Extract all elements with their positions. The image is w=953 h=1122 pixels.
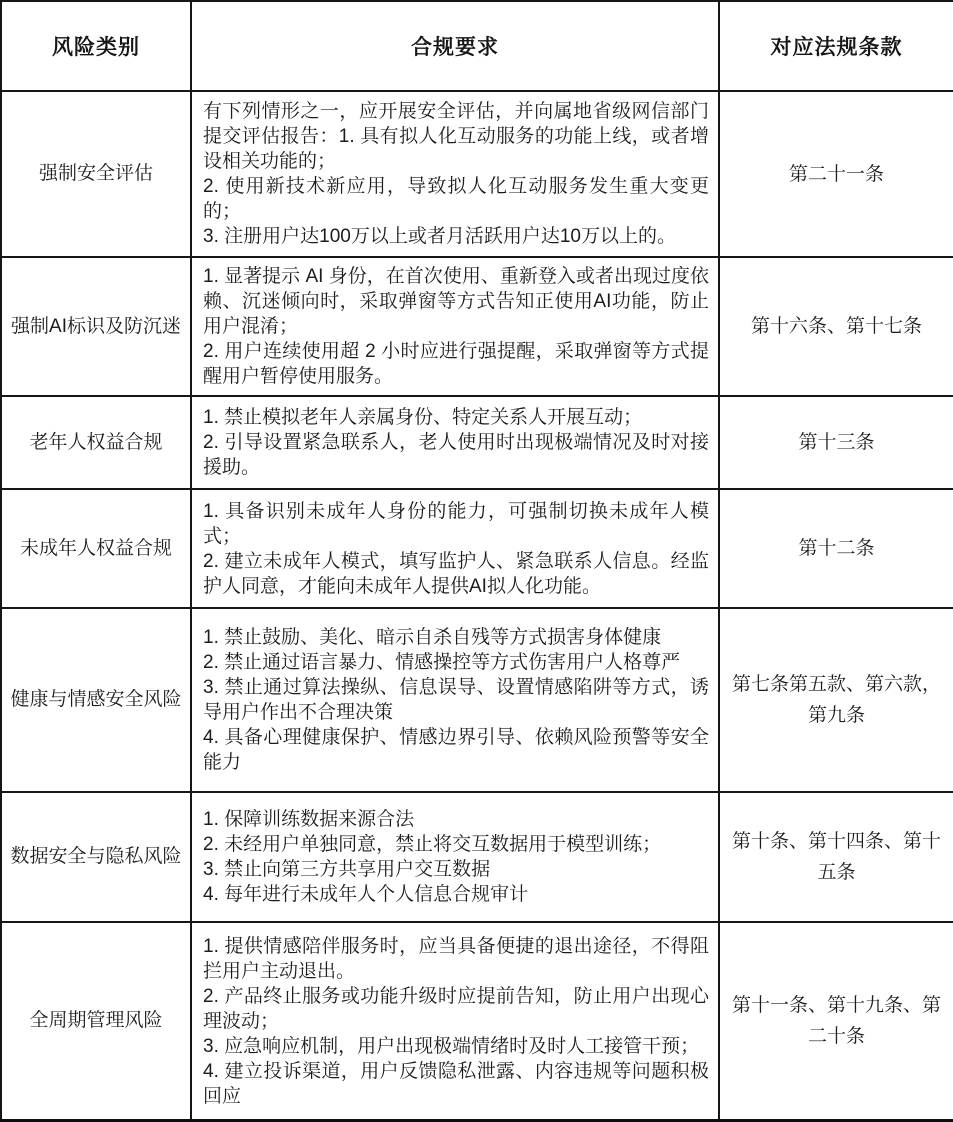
risk-category-cell: 老年人权益合规 [1, 396, 191, 489]
articles-cell: 第十三条 [719, 396, 953, 489]
risk-category-cell: 健康与情感安全风险 [1, 608, 191, 792]
risk-category-cell: 未成年人权益合规 [1, 489, 191, 608]
articles-cell: 第二十一条 [719, 91, 953, 257]
table-row: 全周期管理风险 1. 提供情感陪伴服务时，应当具备便捷的退出途径，不得阻拦用户主… [1, 922, 953, 1122]
requirement-cell: 1. 禁止模拟老年人亲属身份、特定关系人开展互动； 2. 引导设置紧急联系人，老… [191, 396, 719, 489]
header-compliance-requirement: 合规要求 [191, 1, 719, 91]
table-row: 未成年人权益合规 1. 具备识别未成年人身份的能力，可强制切换未成年人模式； 2… [1, 489, 953, 608]
risk-category-cell: 强制安全评估 [1, 91, 191, 257]
requirement-cell: 1. 显著提示 AI 身份，在首次使用、重新登入或者出现过度依赖、沉迷倾向时，采… [191, 257, 719, 396]
requirement-cell: 1. 具备识别未成年人身份的能力，可强制切换未成年人模式； 2. 建立未成年人模… [191, 489, 719, 608]
requirement-cell: 1. 禁止鼓励、美化、暗示自杀自残等方式损害身体健康 2. 禁止通过语言暴力、情… [191, 608, 719, 792]
document-page: 风险类别 合规要求 对应法规条款 强制安全评估 有下列情形之一，应开展安全评估，… [0, 0, 953, 1122]
articles-cell: 第十二条 [719, 489, 953, 608]
header-regulation-articles: 对应法规条款 [719, 1, 953, 91]
table-body: 强制安全评估 有下列情形之一，应开展安全评估，并向属地省级网信部门提交评估报告：… [1, 91, 953, 1122]
articles-cell: 第十一条、第十九条、第二十条 [719, 922, 953, 1122]
header-row: 风险类别 合规要求 对应法规条款 [1, 1, 953, 91]
risk-category-cell: 强制AI标识及防沉迷 [1, 257, 191, 396]
risk-category-cell: 全周期管理风险 [1, 922, 191, 1122]
table-row: 数据安全与隐私风险 1. 保障训练数据来源合法 2. 未经用户单独同意，禁止将交… [1, 792, 953, 922]
articles-cell: 第十六条、第十七条 [719, 257, 953, 396]
requirement-cell: 1. 保障训练数据来源合法 2. 未经用户单独同意，禁止将交互数据用于模型训练；… [191, 792, 719, 922]
requirement-cell: 有下列情形之一，应开展安全评估，并向属地省级网信部门提交评估报告：1. 具有拟人… [191, 91, 719, 257]
header-risk-category: 风险类别 [1, 1, 191, 91]
table-row: 强制安全评估 有下列情形之一，应开展安全评估，并向属地省级网信部门提交评估报告：… [1, 91, 953, 257]
requirement-cell: 1. 提供情感陪伴服务时，应当具备便捷的退出途径，不得阻拦用户主动退出。 2. … [191, 922, 719, 1122]
articles-cell: 第七条第五款、第六款，第九条 [719, 608, 953, 792]
articles-cell: 第十条、第十四条、第十五条 [719, 792, 953, 922]
table-header: 风险类别 合规要求 对应法规条款 [1, 1, 953, 91]
table-row: 健康与情感安全风险 1. 禁止鼓励、美化、暗示自杀自残等方式损害身体健康 2. … [1, 608, 953, 792]
risk-category-cell: 数据安全与隐私风险 [1, 792, 191, 922]
compliance-table: 风险类别 合规要求 对应法规条款 强制安全评估 有下列情形之一，应开展安全评估，… [0, 0, 953, 1122]
table-row: 老年人权益合规 1. 禁止模拟老年人亲属身份、特定关系人开展互动； 2. 引导设… [1, 396, 953, 489]
table-row: 强制AI标识及防沉迷 1. 显著提示 AI 身份，在首次使用、重新登入或者出现过… [1, 257, 953, 396]
